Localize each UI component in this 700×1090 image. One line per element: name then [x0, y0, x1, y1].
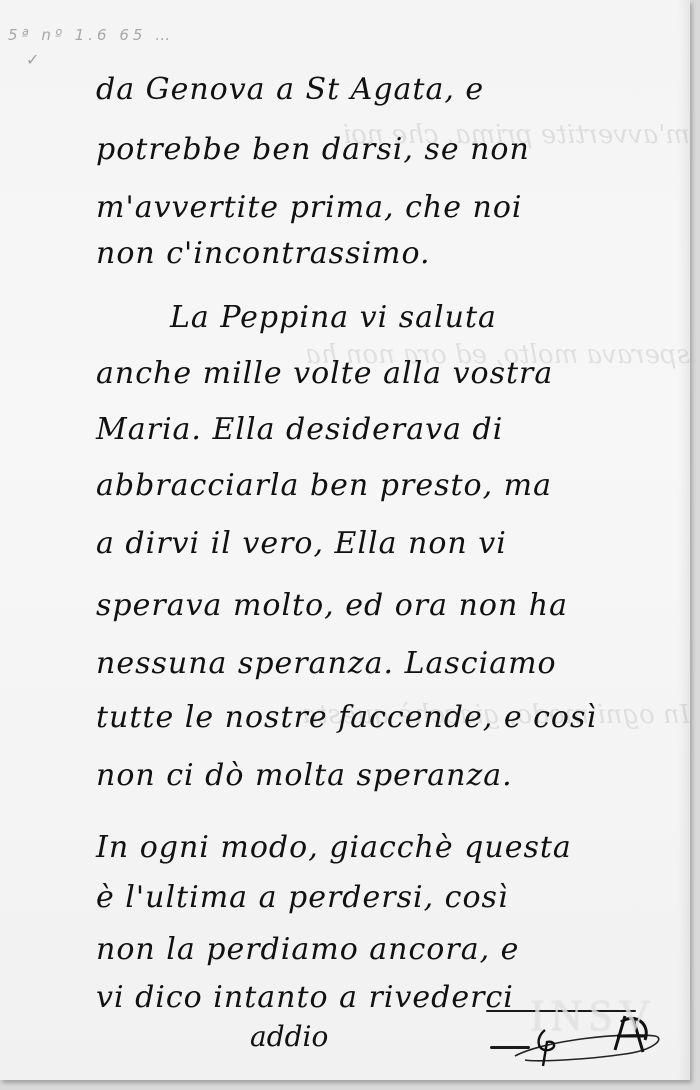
letter-line: In ogni modo, giacchè questa — [96, 830, 690, 865]
signature-dash — [490, 1046, 530, 1049]
letter-line: Maria. Ella desiderava di — [96, 412, 690, 447]
archive-watermark: INSV — [530, 990, 657, 1041]
letter-line: La Peppina vi saluta — [170, 300, 690, 335]
closing-word: addio — [250, 1020, 328, 1053]
letter-line: tutte le nostre faccende, e così — [96, 700, 690, 735]
letter-page: 5ª nº 1.6 65 … ✓ m'avvertite prima, che … — [0, 0, 690, 1080]
letter-line: non la perdiamo ancora, e — [96, 932, 690, 967]
letter-line: nessuna speranza. Lasciamo — [96, 646, 690, 681]
letter-line: da Genova a St Agata, e — [96, 72, 690, 107]
archive-notation: 5ª nº 1.6 65 … — [8, 26, 174, 44]
letter-line: sperava molto, ed ora non ha — [96, 588, 690, 623]
letter-line: non ci dò molta speranza. — [96, 758, 690, 793]
letter-line: potrebbe ben darsi, se non — [96, 132, 690, 167]
archive-checkmark-icon: ✓ — [26, 50, 39, 69]
letter-line: anche mille volte alla vostra — [96, 356, 690, 391]
letter-line: non c'incontrassimo. — [96, 236, 690, 271]
letter-line: a dirvi il vero, Ella non vi — [96, 526, 690, 561]
letter-line: è l'ultima a perdersi, così — [96, 880, 690, 915]
letter-line: m'avvertite prima, che noi — [96, 190, 690, 225]
letter-line: abbracciarla ben presto, ma — [96, 468, 690, 503]
